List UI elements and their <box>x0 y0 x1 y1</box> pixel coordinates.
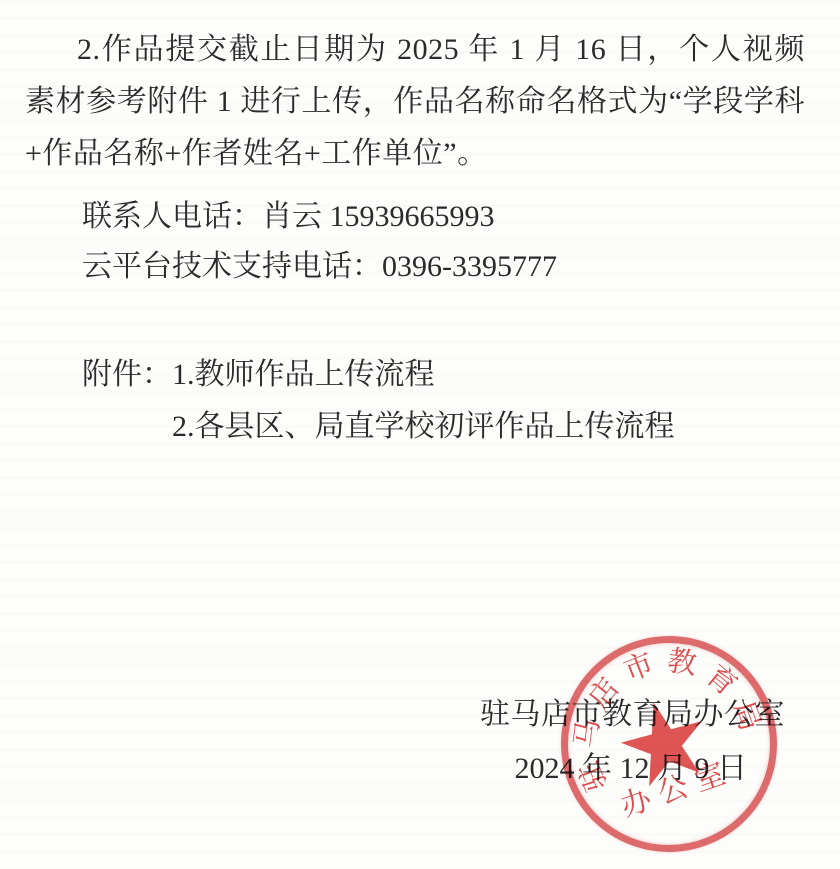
paragraph-submission-deadline: 2.作品提交截止日期为 2025 年 1 月 16 日，个人视频素材参考附件 1… <box>25 24 805 180</box>
seal-ring-char: 市 <box>619 648 658 687</box>
seal-ring-text: 驻马店市教育局 <box>561 636 777 852</box>
platform-support-phone-line: 云平台技术支持电话：0396-3395777 <box>25 241 815 293</box>
signature-office-name: 驻马店市教育局办公室 <box>480 695 785 735</box>
seal-ring <box>561 636 777 852</box>
attachment-item-2: 2.各县区、局直学校初评作品上传流程 <box>172 401 675 453</box>
seal-ring-char: 教 <box>665 646 699 680</box>
document-page: 2.作品提交截止日期为 2025 年 1 月 16 日，个人视频素材参考附件 1… <box>0 0 840 869</box>
contact-person-phone-line: 联系人电话：肖云 15939665993 <box>25 191 815 243</box>
official-seal: 驻马店市教育局 办公室 <box>561 636 777 852</box>
attachments-block: 附件： 1.教师作品上传流程 2.各县区、局直学校初评作品上传流程 <box>82 349 675 453</box>
attachments-list: 1.教师作品上传流程 2.各县区、局直学校初评作品上传流程 <box>172 349 675 453</box>
signature-date: 2024 年 12 月 9 日 <box>515 749 748 789</box>
attachments-label: 附件： <box>82 349 172 401</box>
attachment-item-1: 1.教师作品上传流程 <box>172 349 675 401</box>
